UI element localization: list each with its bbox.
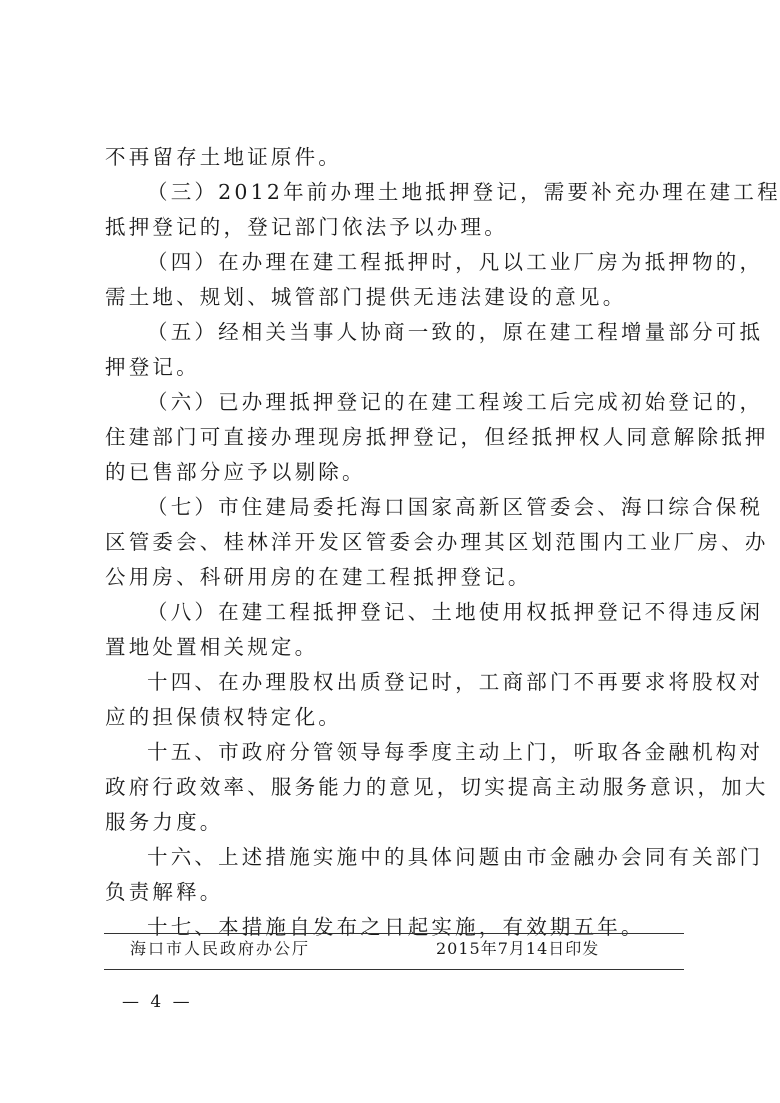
text-line: （三）2012年前办理土地抵押登记，需要补充办理在建工程 <box>147 175 780 209</box>
page-number: — 4 — <box>122 992 193 1012</box>
text-line: （四）在办理在建工程抵押时，凡以工业厂房为抵押物的， <box>147 245 763 279</box>
text-line: （五）经相关当事人协商一致的，原在建工程增量部分可抵 <box>147 315 763 349</box>
text-line: 押登记。 <box>105 350 200 384</box>
text-line: （八）在建工程抵押登记、土地使用权抵押登记不得违反闲 <box>147 595 763 629</box>
text-line: 置地处置相关规定。 <box>105 630 318 664</box>
text-line: 应的担保债权特定化。 <box>105 700 342 734</box>
text-line: 十四、在办理股权出质登记时，工商部门不再要求将股权对 <box>147 665 763 699</box>
text-line: 政府行政效率、服务能力的意见，切实提高主动服务意识，加大 <box>105 770 769 804</box>
text-line: 公用房、科研用房的在建工程抵押登记。 <box>105 560 532 594</box>
text-line: 服务力度。 <box>105 805 224 839</box>
text-line: 十六、上述措施实施中的具体问题由市金融办会同有关部门 <box>147 840 763 874</box>
footer-bottom-rule <box>104 969 684 970</box>
text-line: 区管委会、桂林洋开发区管委会办理其区划范围内工业厂房、办 <box>105 525 769 559</box>
text-line: （七）市住建局委托海口国家高新区管委会、海口综合保税 <box>147 490 763 524</box>
document-page: 不再留存土地证原件。 （三）2012年前办理土地抵押登记，需要补充办理在建工程 … <box>0 0 780 1103</box>
issuer-name: 海口市人民政府办公厅 <box>130 936 310 959</box>
text-line: （六）已办理抵押登记的在建工程竣工后完成初始登记的， <box>147 385 763 419</box>
text-line: 住建部门可直接办理现房抵押登记，但经抵押权人同意解除抵押 <box>105 420 769 454</box>
text-line: 不再留存土地证原件。 <box>105 140 342 174</box>
text-line: 十五、市政府分管领导每季度主动上门，听取各金融机构对 <box>147 735 763 769</box>
text-line: 负责解释。 <box>105 875 224 909</box>
issue-date: 2015年7月14日印发 <box>436 936 599 959</box>
text-line: 的已售部分应予以剔除。 <box>105 455 366 489</box>
text-line: 需土地、规划、城管部门提供无违法建设的意见。 <box>105 280 626 314</box>
text-line: 抵押登记的，登记部门依法予以办理。 <box>105 210 508 244</box>
footer-top-rule <box>104 933 684 934</box>
